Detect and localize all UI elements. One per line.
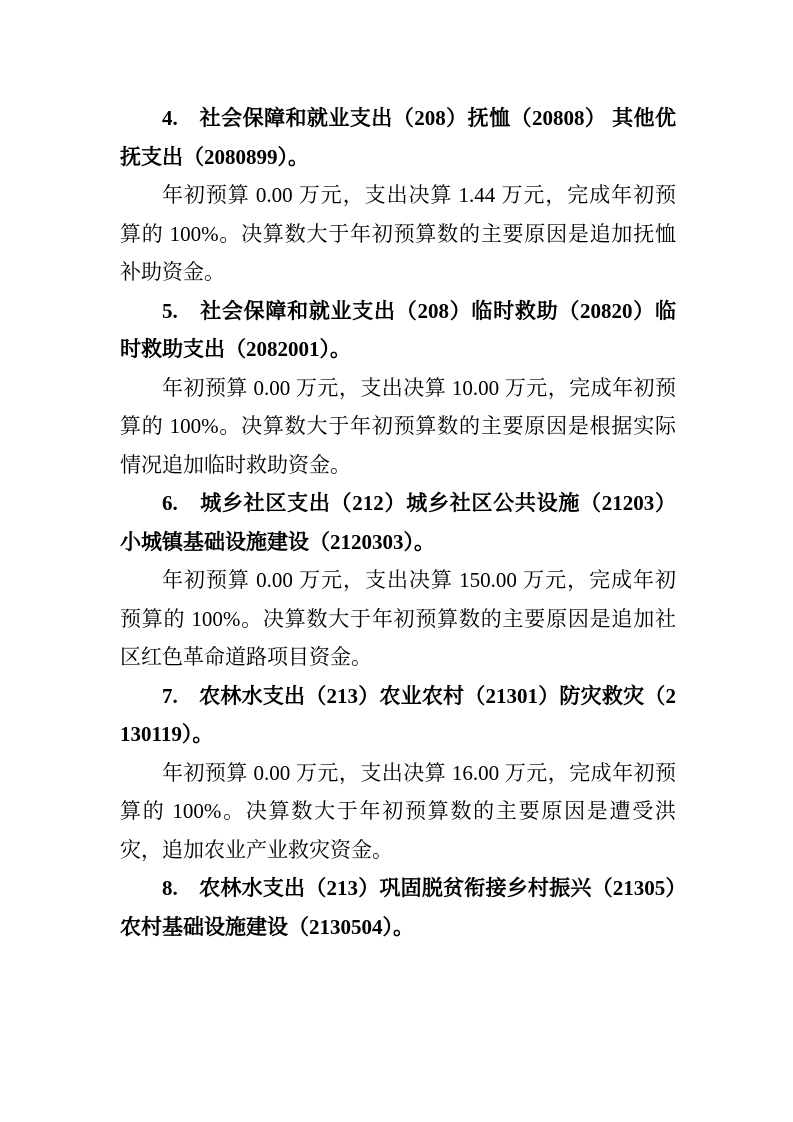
section-5-heading: 5. 社会保障和就业支出（208）临时救助（20820）临时救助支出（20820… (120, 292, 676, 369)
document-page: 4. 社会保障和就业支出（208）抚恤（20808） 其他优抚支出（208089… (0, 0, 793, 1122)
section-6-heading: 6. 城乡社区支出（212）城乡社区公共设施（21203）小城镇基础设施建设（2… (120, 484, 676, 561)
section-8-heading: 8. 农林水支出（213）巩固脱贫衔接乡村振兴（21305）农村基础设施建设（2… (120, 869, 676, 946)
section-4-heading: 4. 社会保障和就业支出（208）抚恤（20808） 其他优抚支出（208089… (120, 99, 676, 176)
section-7-heading: 7. 农林水支出（213）农业农村（21301）防灾救灾（2130119）。 (120, 677, 676, 754)
section-7-body: 年初预算 0.00 万元，支出决算 16.00 万元，完成年初预算的 100%。… (120, 754, 676, 870)
section-6-body: 年初预算 0.00 万元，支出决算 150.00 万元，完成年初预算的 100%… (120, 561, 676, 677)
section-4-body: 年初预算 0.00 万元，支出决算 1.44 万元，完成年初预算的 100%。决… (120, 176, 676, 292)
document-content: 4. 社会保障和就业支出（208）抚恤（20808） 其他优抚支出（208089… (120, 99, 676, 946)
section-5-body: 年初预算 0.00 万元，支出决算 10.00 万元，完成年初预算的 100%。… (120, 369, 676, 485)
